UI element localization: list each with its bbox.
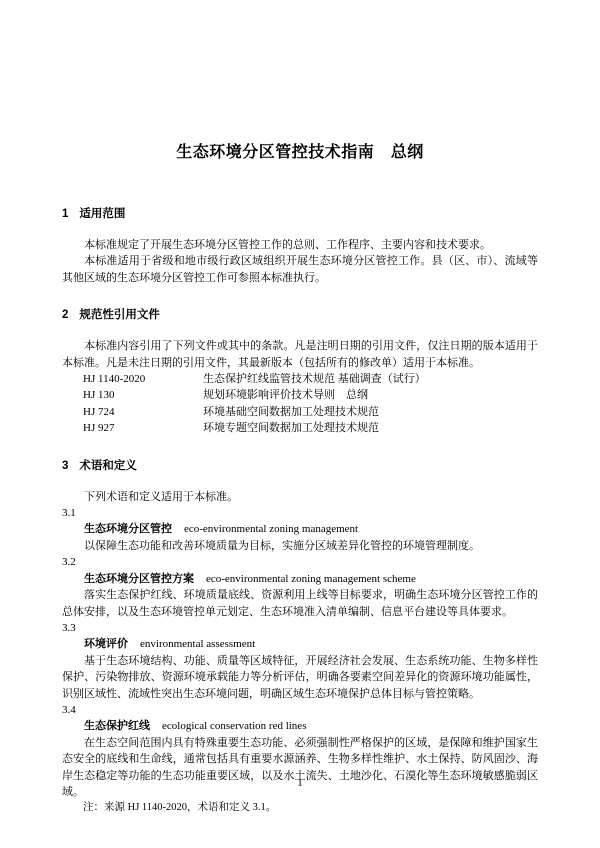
term-heading: 生态环境分区管控eco-environmental zoning managem… bbox=[62, 521, 538, 537]
term-item: 3.1 生态环境分区管控eco-environmental zoning man… bbox=[62, 505, 538, 554]
paragraph: 下列术语和定义适用于本标准。 bbox=[62, 489, 538, 505]
reference-code: HJ 927 bbox=[83, 420, 203, 436]
reference-title: 环境专题空间数据加工处理技术规范 bbox=[203, 420, 538, 436]
section-heading-label: 规范性引用文件 bbox=[79, 309, 160, 321]
paragraph: 本标准适用于省级和地市级行政区域组织开展生态环境分区管控工作。县（区、市）、流域… bbox=[62, 253, 538, 286]
term-note: 注：来源 HJ 1140-2020，术语和定义 3.1。 bbox=[62, 800, 538, 816]
term-number: 3.2 bbox=[62, 554, 538, 570]
section-heading-normative-references: 2规范性引用文件 bbox=[62, 308, 538, 323]
section-number: 3 bbox=[62, 459, 68, 474]
term-zh: 环境评价 bbox=[84, 638, 128, 650]
term-en: eco-environmental zoning management bbox=[184, 523, 358, 535]
reference-code: HJ 130 bbox=[83, 387, 203, 403]
term-definition: 落实生态保护红线、环境质量底线、资源利用上线等目标要求，明确生态环境分区管控工作… bbox=[62, 587, 538, 620]
reference-row: HJ 1140-2020 生态保护红线监管技术规范 基础调查（试行） bbox=[62, 371, 538, 387]
term-definition: 基于生态环境结构、功能、质量等区域特征，开展经济社会发展、生态系统功能、生物多样… bbox=[62, 653, 538, 702]
term-number: 3.4 bbox=[62, 702, 538, 718]
term-definition: 以保障生态功能和改善环境质量为目标，实施分区域差异化管控的环境管理制度。 bbox=[62, 538, 538, 554]
term-heading: 生态环境分区管控方案eco-environmental zoning manag… bbox=[62, 571, 538, 587]
term-en: eco-environmental zoning management sche… bbox=[206, 573, 416, 585]
term-definition: 在生态空间范围内具有特殊重要生态功能、必须强制性严格保护的区域，是保障和维护国家… bbox=[62, 735, 538, 801]
section-number: 1 bbox=[62, 207, 68, 222]
term-item: 3.4 生态保护红线ecological conservation red li… bbox=[62, 702, 538, 817]
reference-code: HJ 724 bbox=[83, 404, 203, 420]
paragraph: 本标准内容引用了下列文件或其中的条款。凡是注明日期的引用文件，仅注日期的版本适用… bbox=[62, 338, 538, 371]
reference-row: HJ 927 环境专题空间数据加工处理技术规范 bbox=[62, 420, 538, 436]
paragraph: 本标准规定了开展生态环境分区管控工作的总则、工作程序、主要内容和技术要求。 bbox=[62, 237, 538, 253]
document-title: 生态环境分区管控技术指南 总纲 bbox=[62, 142, 538, 164]
term-number: 3.1 bbox=[62, 505, 538, 521]
term-en: ecological conservation red lines bbox=[162, 720, 306, 732]
term-item: 3.3 环境评价environmental assessment 基于生态环境结… bbox=[62, 620, 538, 702]
page-number: 1 bbox=[0, 776, 600, 790]
term-heading: 环境评价environmental assessment bbox=[62, 636, 538, 652]
document-content: 生态环境分区管控技术指南 总纲 1适用范围 本标准规定了开展生态环境分区管控工作… bbox=[62, 0, 538, 817]
reference-row: HJ 130 规划环境影响评价技术导则 总纲 bbox=[62, 387, 538, 403]
term-zh: 生态环境分区管控 bbox=[84, 523, 172, 535]
term-number: 3.3 bbox=[62, 620, 538, 636]
section-heading-label: 适用范围 bbox=[79, 208, 125, 220]
term-zh: 生态保护红线 bbox=[84, 720, 150, 732]
term-en: environmental assessment bbox=[140, 638, 255, 650]
document-page: 生态环境分区管控技术指南 总纲 1适用范围 本标准规定了开展生态环境分区管控工作… bbox=[0, 0, 600, 848]
reference-code: HJ 1140-2020 bbox=[83, 371, 203, 387]
term-zh: 生态环境分区管控方案 bbox=[84, 573, 194, 585]
reference-row: HJ 724 环境基础空间数据加工处理技术规范 bbox=[62, 404, 538, 420]
reference-title: 规划环境影响评价技术导则 总纲 bbox=[203, 387, 538, 403]
section-number: 2 bbox=[62, 308, 68, 323]
reference-title: 生态保护红线监管技术规范 基础调查（试行） bbox=[203, 371, 538, 387]
term-item: 3.2 生态环境分区管控方案eco-environmental zoning m… bbox=[62, 554, 538, 620]
term-heading: 生态保护红线ecological conservation red lines bbox=[62, 718, 538, 734]
reference-title: 环境基础空间数据加工处理技术规范 bbox=[203, 404, 538, 420]
terms-list: 3.1 生态环境分区管控eco-environmental zoning man… bbox=[62, 505, 538, 817]
references-list: HJ 1140-2020 生态保护红线监管技术规范 基础调查（试行） HJ 13… bbox=[62, 371, 538, 437]
section-heading-label: 术语和定义 bbox=[79, 460, 137, 472]
section-heading-scope: 1适用范围 bbox=[62, 207, 538, 222]
section-heading-terms-definitions: 3术语和定义 bbox=[62, 459, 538, 474]
